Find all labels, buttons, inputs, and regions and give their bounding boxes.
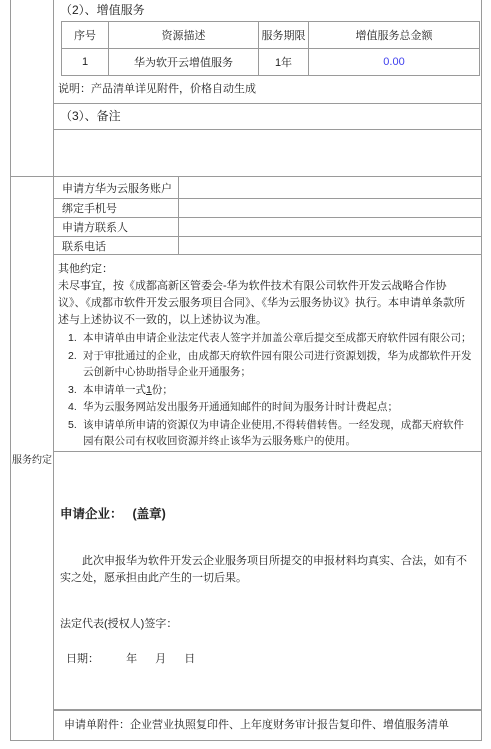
vas-header-row: 序号 资源描述 服务期限 增值服务总金额 xyxy=(62,22,480,49)
term-item-3: 3. 本申请单一式1份； xyxy=(68,382,473,399)
vas-cell-amount: 0.00 xyxy=(309,49,480,76)
date-label: 日期： xyxy=(66,653,99,665)
attachment-row: 申请单附件：企业营业执照复印件、上年度财务审计报告复印件、增值服务清单 xyxy=(54,710,481,740)
other-terms-heading: 其他约定： xyxy=(58,261,473,278)
account-row-contact-phone: 联系电话 xyxy=(54,237,481,255)
term-text: 该申请单所申请的资源仅为申请企业使用,不得转借转售。一经发现，成都天府软件园有限… xyxy=(83,417,473,450)
application-form-document: （2）、增值服务 序号 资源描述 服务期限 增值服务总金额 1 华为软开云增值服… xyxy=(0,0,491,749)
account-row-phone: 绑定手机号 xyxy=(54,199,481,218)
term-text: 华为云服务网站发出服务开通通知邮件的时间为服务计时计费起点； xyxy=(83,399,473,416)
terms-list: 1. 本申请单由申请企业法定代表人签字并加盖公章后提交至成都天府软件园有限公司；… xyxy=(68,330,473,450)
vas-section-title: （2）、增值服务 xyxy=(54,0,481,21)
term-text-suffix: 份； xyxy=(152,384,173,396)
service-terms-side-label: 服务约定 xyxy=(11,177,54,740)
side-label-cell-empty xyxy=(11,0,54,176)
date-year-label: 年 xyxy=(126,653,137,665)
date-line: 日期： 年 月 日 xyxy=(60,650,481,666)
seal-label: (盖章) xyxy=(133,507,166,521)
other-terms-intro: 未尽事宜，按《成都高新区管委会-华为软件技术有限公司软件开发云战略合作协议》、《… xyxy=(58,278,473,329)
account-label-contact: 申请方联系人 xyxy=(54,218,179,236)
term-number: 4. xyxy=(68,399,83,416)
vas-content: （2）、增值服务 序号 资源描述 服务期限 增值服务总金额 1 华为软开云增值服… xyxy=(54,0,481,176)
account-value-contact-phone xyxy=(179,237,481,254)
section-row-service-terms: 服务约定 申请方华为云服务账户 绑定手机号 申请方联系人 联系电话 xyxy=(11,177,481,740)
section-row-top: （2）、增值服务 序号 资源描述 服务期限 增值服务总金额 1 华为软开云增值服… xyxy=(11,0,481,177)
vas-header-amount: 增值服务总金额 xyxy=(309,22,480,49)
term-number: 2. xyxy=(68,348,83,381)
legal-representative-sign-label: 法定代表(授权人)签字： xyxy=(60,615,481,631)
vas-data-row: 1 华为软开云增值服务 1年 0.00 xyxy=(62,49,480,76)
vas-cell-period: 1年 xyxy=(259,49,309,76)
term-item-2: 2. 对于审批通过的企业，由成都天府软件园有限公司进行资源划拨，华为成都软件开发… xyxy=(68,348,473,381)
account-row-contact: 申请方联系人 xyxy=(54,218,481,237)
applicant-label: 申请企业： xyxy=(60,507,123,521)
term-number: 5. xyxy=(68,417,83,450)
term-item-5: 5. 该申请单所申请的资源仅为申请企业使用,不得转借转售。一经发现，成都天府软件… xyxy=(68,417,473,450)
declaration-cell: 申请企业：(盖章) 此次申报华为软件开发云企业服务项目所提交的申报材料均真实、合… xyxy=(54,452,481,710)
vas-header-index: 序号 xyxy=(62,22,109,49)
term-number: 1. xyxy=(68,330,83,347)
other-terms-cell: 其他约定： 未尽事宜，按《成都高新区管委会-华为软件技术有限公司软件开发云战略合… xyxy=(54,255,481,452)
term-text: 本申请单由申请企业法定代表人签字并加盖公章后提交至成都天府软件园有限公司； xyxy=(83,330,473,347)
term-text: 本申请单一式1份； xyxy=(83,382,473,399)
term-item-1: 1. 本申请单由申请企业法定代表人签字并加盖公章后提交至成都天府软件园有限公司； xyxy=(68,330,473,347)
account-row-cloud-account: 申请方华为云服务账户 xyxy=(54,177,481,199)
vas-table: 序号 资源描述 服务期限 增值服务总金额 1 华为软开云增值服务 1年 0.00 xyxy=(61,21,480,76)
vas-cell-index: 1 xyxy=(62,49,109,76)
account-value-cloud-account xyxy=(179,177,481,198)
declaration-statement: 此次申报华为软件开发云企业服务项目所提交的申报材料均真实、合法，如有不实之处，愿… xyxy=(60,553,481,587)
vas-header-period: 服务期限 xyxy=(259,22,309,49)
date-month-label: 月 xyxy=(155,653,166,665)
remark-section-title: （3）、备注 xyxy=(54,104,481,130)
form-outer-table: （2）、增值服务 序号 资源描述 服务期限 增值服务总金额 1 华为软开云增值服… xyxy=(10,0,482,741)
applicant-seal-line: 申请企业：(盖章) xyxy=(60,504,481,522)
account-value-contact xyxy=(179,218,481,236)
term-item-4: 4. 华为云服务网站发出服务开通通知邮件的时间为服务计时计费起点； xyxy=(68,399,473,416)
term-text-prefix: 本申请单一式 xyxy=(83,384,146,396)
vas-cell-description: 华为软开云增值服务 xyxy=(109,49,259,76)
term-number: 3. xyxy=(68,382,83,399)
attachment-text: 申请单附件：企业营业执照复印件、上年度财务审计报告复印件、增值服务清单 xyxy=(64,719,449,731)
term-text: 对于审批通过的企业，由成都天府软件园有限公司进行资源划拨，华为成都软件开发云创新… xyxy=(83,348,473,381)
vas-note-text: 说明：产品清单详见附件，价格自动生成 xyxy=(54,76,481,104)
service-terms-content: 申请方华为云服务账户 绑定手机号 申请方联系人 联系电话 其他约定： xyxy=(54,177,481,740)
account-label-phone: 绑定手机号 xyxy=(54,199,179,217)
remark-empty-cell xyxy=(54,130,481,176)
vas-header-description: 资源描述 xyxy=(109,22,259,49)
date-day-label: 日 xyxy=(184,653,195,665)
account-label-contact-phone: 联系电话 xyxy=(54,237,179,254)
account-label-cloud-account: 申请方华为云服务账户 xyxy=(54,177,179,198)
account-value-phone xyxy=(179,199,481,217)
